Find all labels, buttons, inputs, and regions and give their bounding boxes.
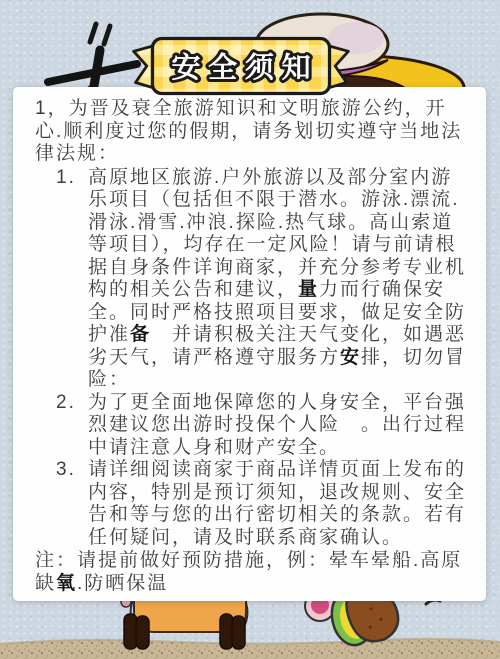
notice-list: 1. 高原地区旅游.户外旅游以及部分室内游乐项目（包括但不限于潜水。游泳.漂流.… [35, 167, 468, 550]
list-item-number: 3. [56, 459, 76, 482]
text-segment: .防晒保温 [77, 573, 168, 594]
emphasized-text: 氧 [56, 573, 77, 594]
title-banner: 安全须知 [128, 33, 354, 99]
suitcase-illustration [121, 595, 247, 649]
banner-title: 安全须知 [171, 51, 318, 84]
quote-mark [90, 24, 110, 44]
emphasized-text: 量 [298, 279, 319, 300]
ground [0, 639, 500, 659]
notice-card: 1，为晋及衰全旅游知识和文明旅游公约，开心.顺利度过您的假期，请务划切实遵守当地… [13, 87, 486, 601]
list-item: 2. 为了更全面地保障您的人身安全，平台强烈建议您出游时投保个人险 。出行过程中… [35, 392, 468, 460]
page: 1，为晋及衰全旅游知识和文明旅游公约，开心.顺利度过您的假期，请务划切实遵守当地… [0, 0, 500, 659]
note-paragraph: 注：请提前做好预防措施，例：晕车晕船.高原缺氧.防晒保温 [35, 550, 468, 595]
list-item-text: 为了更全面地保障您的人身安全，平台强烈建议您出游时投保个人险 。出行过程中请注意… [88, 392, 466, 458]
list-item: 1. 高原地区旅游.户外旅游以及部分室内游乐项目（包括但不限于潜水。游泳.漂流.… [35, 167, 468, 392]
list-item: 3. 请详细阅读商家于商品详情页面上发布的内容，特别是预订须知，退改规则、安全告… [35, 459, 468, 549]
emphasized-text: 安 [340, 347, 361, 368]
list-item-text: 请详细阅读商家于商品详情页面上发布的内容，特别是预订须知，退改规则、安全告和等与… [88, 459, 466, 548]
text-segment: 请详细阅读商家于商品详情页面上发布的内容，特别是预订须知，退改规则、安全告和等与… [88, 459, 466, 548]
emphasized-text: 备 [130, 324, 151, 345]
list-item-text: 高原地区旅游.户外旅游以及部分室内游乐项目（包括但不限于潜水。游泳.漂流.滑泳.… [88, 167, 466, 391]
text-segment: 为了更全面地保障您的人身安全，平台强烈建议您出游时投保个人险 。出行过程中请注意… [88, 392, 466, 458]
intro-paragraph: 1，为晋及衰全旅游知识和文明旅游公约，开心.顺利度过您的假期，请务划切实遵守当地… [35, 98, 468, 166]
text-segment: 1，为晋及衰全旅游知识和文明旅游公约，开心.顺利度过您的假期，请务划切实遵守当地… [35, 98, 462, 164]
list-item-number: 2. [56, 392, 76, 415]
list-item-number: 1. [56, 167, 76, 190]
